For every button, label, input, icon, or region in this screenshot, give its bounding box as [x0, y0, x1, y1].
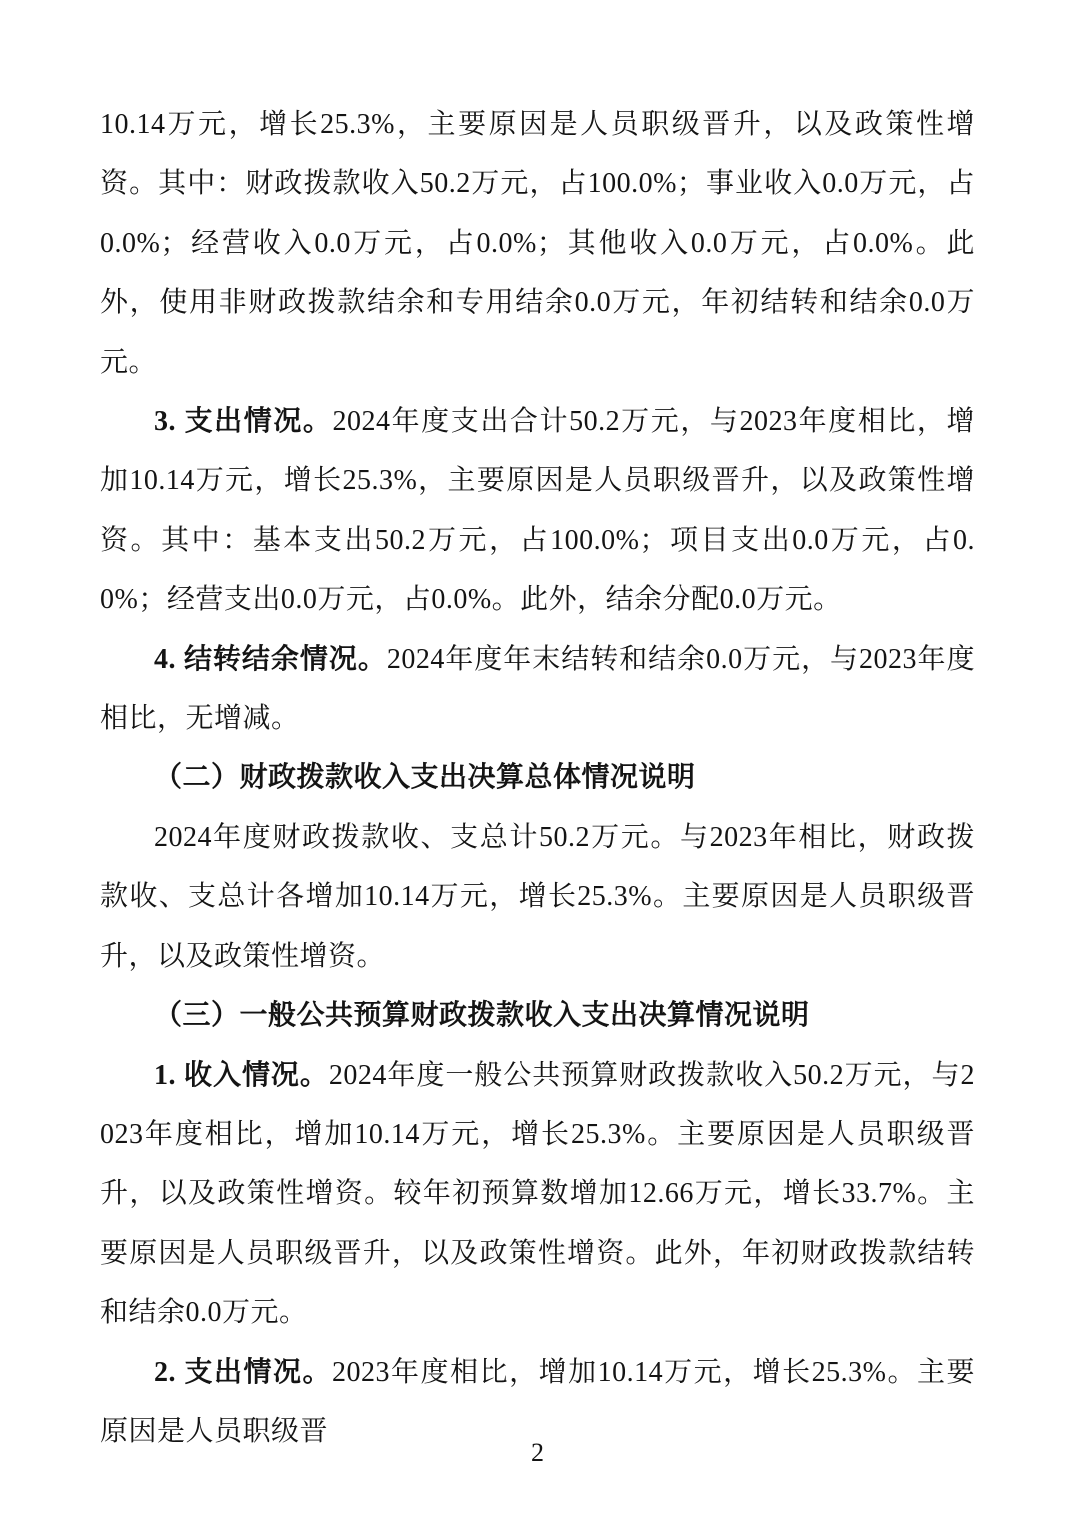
text-run: 2024年度财政拨款收、支总计50.2万元。与2023年相比，财政拨款收、支总计…	[100, 822, 975, 972]
page-number: 2	[531, 1438, 544, 1467]
text-run: 2024年度一般公共预算财政拨款收入50.2万元，与2023年度相比，增加10.…	[100, 1060, 975, 1329]
bold-text-run: （二）财政拨款收入支出决算总体情况说明	[154, 762, 696, 793]
text-run: 2024年度支出合计50.2万元，与2023年度相比，增加10.14万元，增长2…	[100, 406, 975, 615]
para-carryover-balance: 4. 结转结余情况。2024年度年末结转和结余0.0万元，与2023年度相比，无…	[100, 630, 975, 749]
bold-text-run: （三）一般公共预算财政拨款收入支出决算情况说明	[154, 1000, 810, 1031]
bold-text-run: 2. 支出情况。	[154, 1357, 332, 1388]
document-body: 10.14万元，增长25.3%，主要原因是人员职级晋升，以及政策性增资。其中：财…	[100, 0, 975, 1461]
heading-section-three: （三）一般公共预算财政拨款收入支出决算情况说明	[100, 986, 975, 1045]
text-run: 10.14万元，增长25.3%，主要原因是人员职级晋升，以及政策性增资。其中：财…	[100, 109, 975, 378]
para-general-budget-income: 1. 收入情况。2024年度一般公共预算财政拨款收入50.2万元，与2023年度…	[100, 1046, 975, 1343]
para-income-continued: 10.14万元，增长25.3%，主要原因是人员职级晋升，以及政策性增资。其中：财…	[100, 95, 975, 392]
para-expenditure-overview: 3. 支出情况。2024年度支出合计50.2万元，与2023年度相比，增加10.…	[100, 392, 975, 630]
bold-text-run: 1. 收入情况。	[154, 1060, 329, 1091]
bold-text-run: 4. 结转结余情况。	[154, 644, 387, 675]
page-footer: 2	[0, 1438, 1075, 1468]
para-fiscal-appropriation-total: 2024年度财政拨款收、支总计50.2万元。与2023年相比，财政拨款收、支总计…	[100, 808, 975, 986]
bold-text-run: 3. 支出情况。	[154, 406, 333, 437]
document-page: 10.14万元，增长25.3%，主要原因是人员职级晋升，以及政策性增资。其中：财…	[0, 0, 1075, 1520]
heading-section-two: （二）财政拨款收入支出决算总体情况说明	[100, 748, 975, 807]
